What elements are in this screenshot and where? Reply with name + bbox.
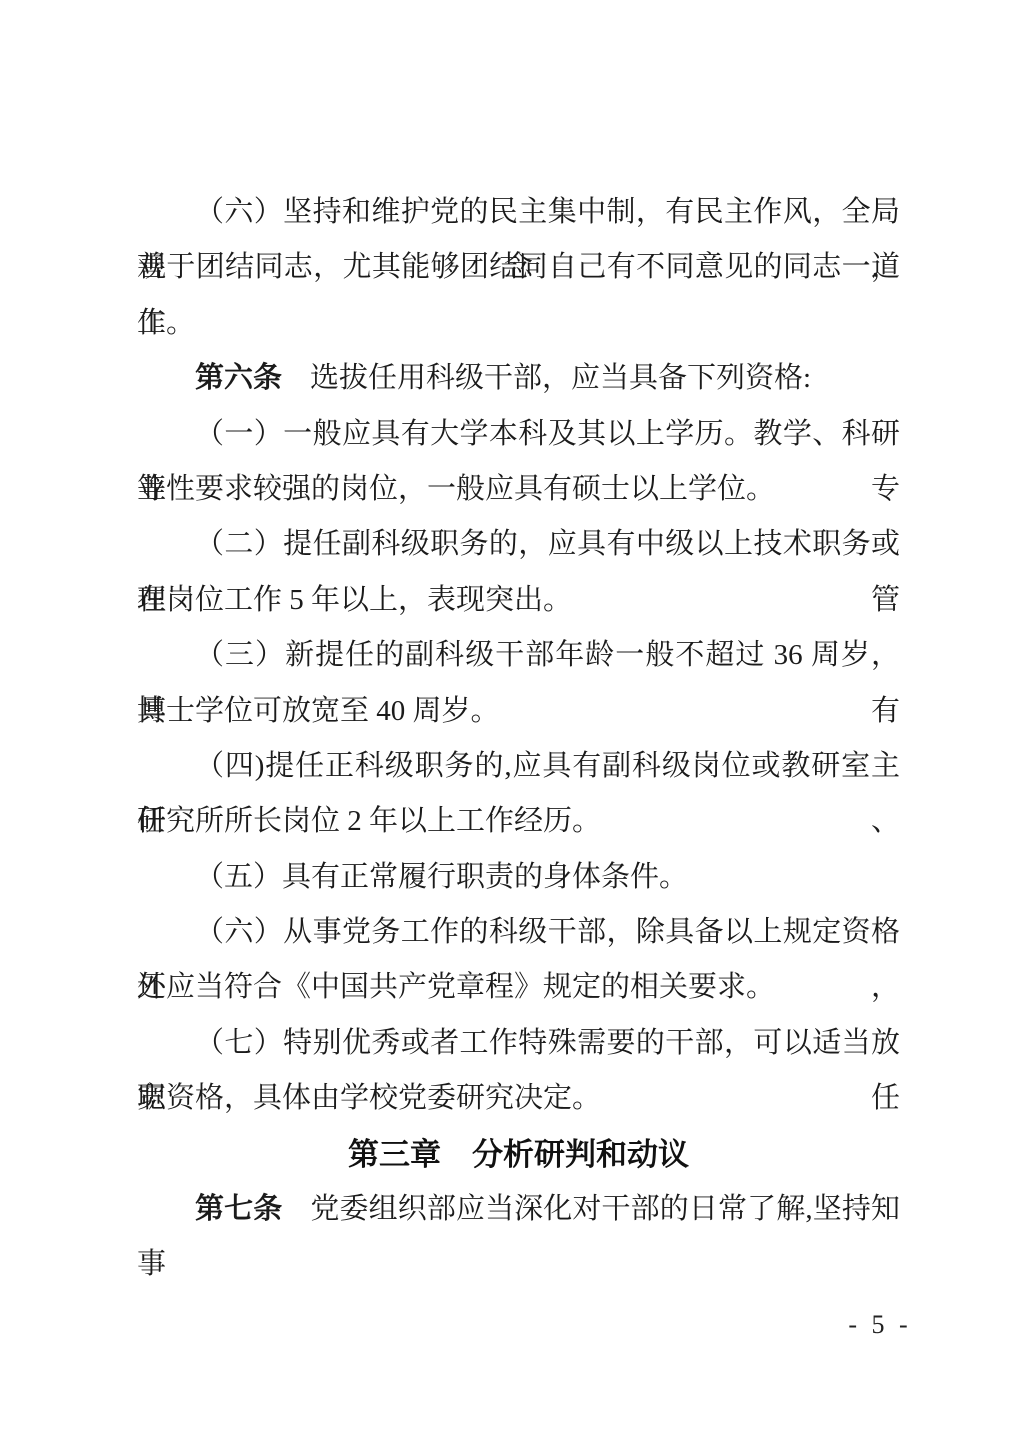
document-line: 善于团结同志，尤其能够团结同自己有不同意见的同志一道工 [137,240,900,295]
article-number: 第七条 [195,1193,282,1225]
document-line: （四)提任正科级职务的,应具有副科级岗位或教研室主任、 [137,739,900,794]
document-line: 第七条党委组织部应当深化对干部的日常了解,坚持知事 [137,1182,900,1237]
document-line: （三）新提任的副科级干部年龄一般不超过 36 周岁，具有 [137,628,900,683]
line-text: 研究所所长岗位 2 年以上工作经历。 [137,805,601,837]
line-text: 博士学位可放宽至 40 周岁。 [137,695,500,727]
document-line: （二）提任副科级职务的，应具有中级以上技术职务或在管 [137,517,900,572]
page-number: - 5 - [820,1306,940,1344]
line-text: 职资格，具体由学校党委研究决定。 [137,1082,601,1114]
document-line: 作。 [137,296,900,351]
line-text: 业性要求较强的岗位，一般应具有硕士以上学位。 [137,473,775,505]
line-text: （五）具有正常履行职责的身体条件。 [195,861,688,893]
line-text: 作。 [137,307,195,339]
document-line: （七）特别优秀或者工作特殊需要的干部，可以适当放宽任 [137,1016,900,1071]
text-block: （六）坚持和维护党的民主集中制，有民主作风，全局观念，善于团结同志，尤其能够团结… [137,185,900,1237]
line-text: 第三章 分析研判和动议 [348,1137,689,1172]
document-line: （五）具有正常履行职责的身体条件。 [137,850,900,905]
document-page: （六）坚持和维护党的民主集中制，有民主作风，全局观念，善于团结同志，尤其能够团结… [0,0,1024,1448]
chapter-heading: 第三章 分析研判和动议 [137,1127,900,1182]
document-line: （六）从事党务工作的科级干部，除具备以上规定资格外， [137,905,900,960]
document-line: （一）一般应具有大学本科及其以上学历。教学、科研等专 [137,407,900,462]
line-text: 还应当符合《中国共产党章程》规定的相关要求。 [137,971,775,1003]
line-text: 选拔任用科级干部，应当具备下列资格: [310,362,811,394]
line-text: 理岗位工作 5 年以上，表现突出。 [137,584,572,616]
document-line: 第六条选拔任用科级干部，应当具备下列资格: [137,351,900,406]
article-number: 第六条 [195,362,282,394]
document-line: （六）坚持和维护党的民主集中制，有民主作风，全局观念， [137,185,900,240]
